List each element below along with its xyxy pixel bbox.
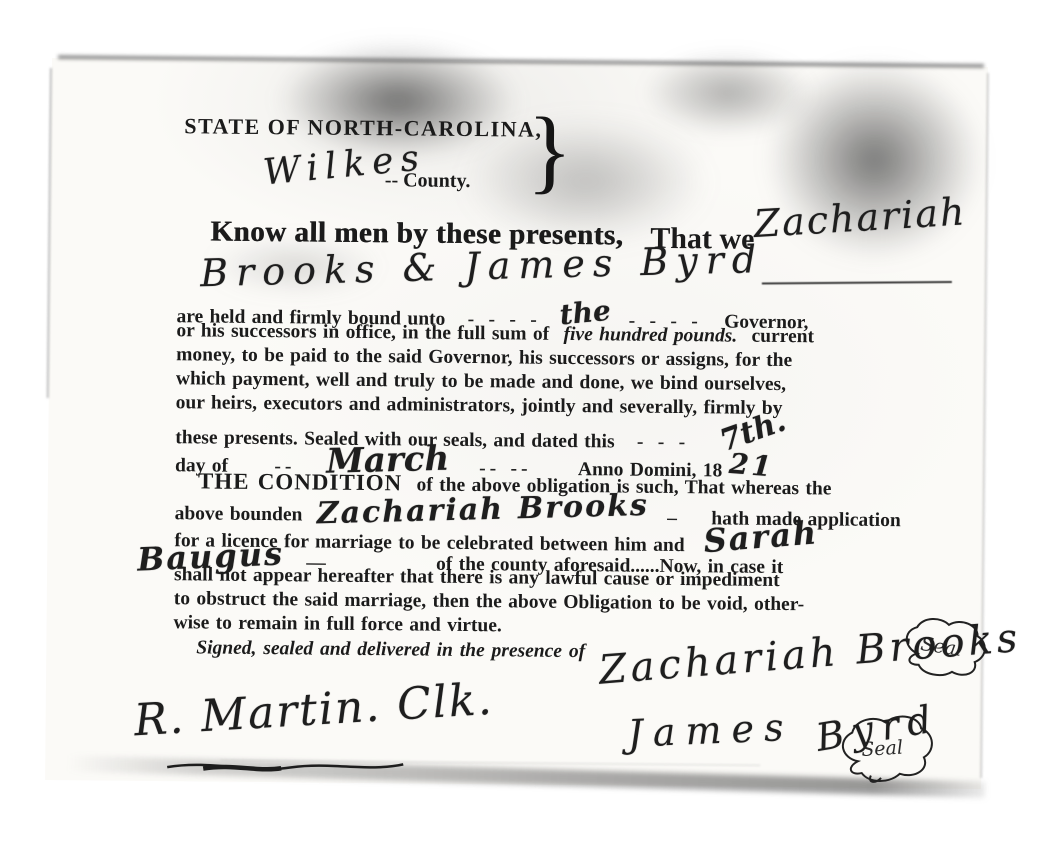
bond-sum: five hundred pounds. xyxy=(563,324,737,348)
bond-line-5: our heirs, executors and administrators,… xyxy=(176,392,783,420)
bond-line-2-text: or his successors in office, in the full… xyxy=(176,320,549,346)
bond-line-4: which payment, well and truly to be made… xyxy=(176,368,786,396)
condition-line-5: shall not appear hereafter that there is… xyxy=(174,564,780,592)
condition-line-7: wise to remain in full force and virtue. xyxy=(173,612,501,637)
marriage-bond-scan: STATE OF NORTH-CAROLINA, } Wilkes -- Cou… xyxy=(45,58,988,789)
condition-line-6: to obstruct the said marriage, then the … xyxy=(174,588,805,616)
county-label: -- County. xyxy=(385,169,471,193)
principal-name-handwritten-line1: Zachariah xyxy=(752,189,967,246)
clerk-signature-flourish xyxy=(163,755,408,782)
flourish-underline-icon xyxy=(163,755,408,777)
clerk-signature: R. Martin. Clk. xyxy=(133,674,495,747)
state-title: STATE OF NORTH-CAROLINA, xyxy=(184,113,542,142)
header-brace: } xyxy=(527,105,573,197)
ink-stain-top-mid xyxy=(643,50,814,137)
paper-edge-left xyxy=(47,68,52,398)
bond-line-3: money, to be paid to the said Governor, … xyxy=(176,344,792,372)
paper-edge-top xyxy=(58,55,984,68)
handwritten-dash-line xyxy=(762,281,952,284)
bond-line-2-end: current xyxy=(751,326,814,349)
surety-signature-first: James xyxy=(627,705,795,756)
witness-clause: Signed, sealed and delivered in the pres… xyxy=(196,637,585,663)
bond-line-2: or his successors in office, in the full… xyxy=(176,320,814,348)
